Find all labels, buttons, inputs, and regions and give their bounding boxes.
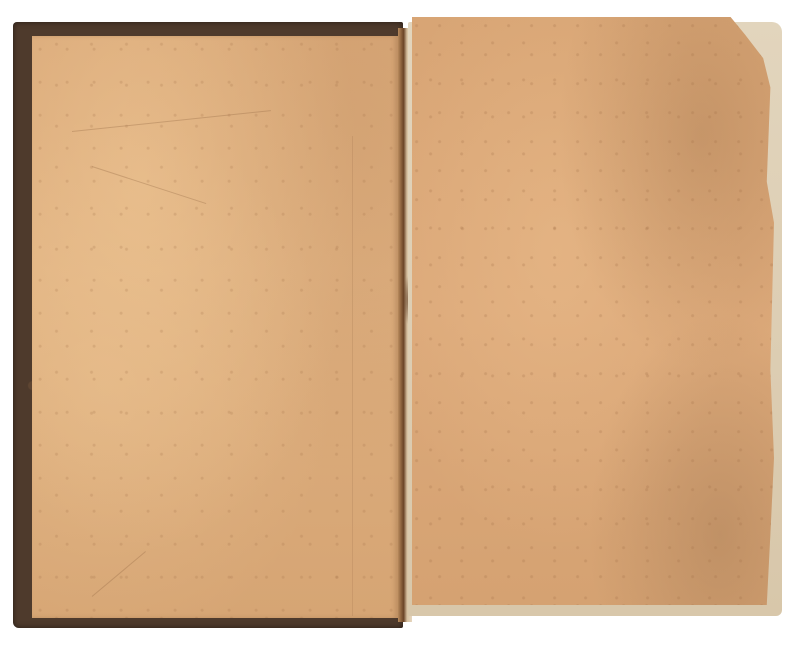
page-wrinkle [92,166,206,204]
page-wrinkle [72,110,271,132]
right-page [412,17,774,605]
page-wrinkle [352,136,353,616]
open-book [0,0,800,660]
page-wrinkle [92,551,146,597]
left-page [32,36,398,618]
